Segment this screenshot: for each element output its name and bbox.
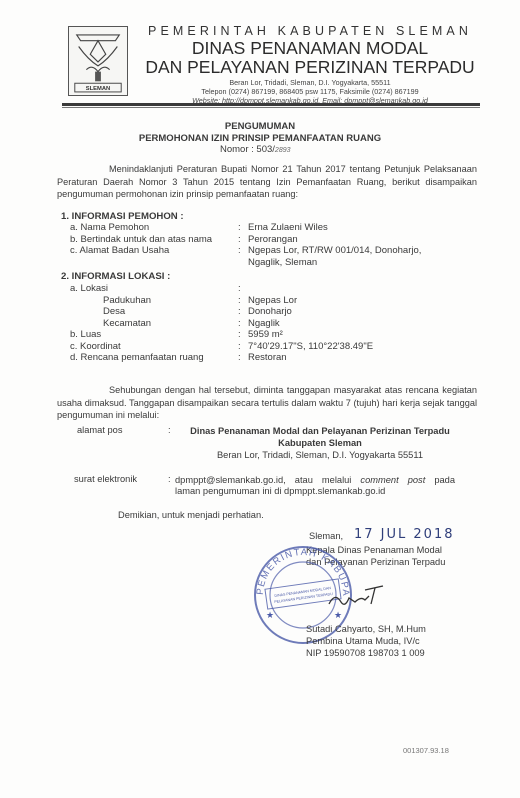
info-row: b. Bertindak untuk dan atas nama:Peroran… <box>70 234 490 246</box>
postal-colon: : <box>168 425 171 435</box>
info-value: Ngepas Lor <box>248 295 297 306</box>
agency-address: Beran Lor, Tridadi, Sleman, D.I. Yogyaka… <box>140 78 480 87</box>
info-label: a. Lokasi <box>70 283 108 294</box>
postal-address: Dinas Penanaman Modal dan Pelayanan Peri… <box>180 425 460 461</box>
info-value: Restoran <box>248 352 287 363</box>
info-colon: : <box>238 329 241 340</box>
info-value: Ngaglik <box>248 318 280 329</box>
info-value: 7°40'29.17"S, 110°22'38.49"E <box>248 341 373 352</box>
signature-scribble <box>325 582 385 612</box>
request-paragraph: Sehubungan dengan hal tersebut, diminta … <box>57 384 477 422</box>
section-location-title: 2. INFORMASI LOKASI : <box>61 271 170 282</box>
info-row: d. Rencana pemanfaatan ruang:Restoran <box>70 352 490 364</box>
info-row: b. Luas:5959 m² <box>70 329 490 341</box>
announcement-heading: PENGUMUMAN <box>0 121 520 132</box>
agency-name-line2: DAN PELAYANAN PERIZINAN TERPADU <box>140 57 480 78</box>
info-label: b. Bertindak untuk dan atas nama <box>70 234 212 245</box>
signatory-rank: Pembina Utama Muda, IV/c <box>306 636 420 646</box>
postal-label: alamat pos <box>77 425 122 435</box>
info-colon: : <box>238 245 241 256</box>
svg-text:★: ★ <box>266 610 274 620</box>
info-colon: : <box>238 222 241 233</box>
info-colon: : <box>238 341 241 352</box>
email-line2[interactable]: laman pengumuman ini di dpmppt.slemankab… <box>175 486 385 496</box>
info-colon: : <box>238 318 241 329</box>
info-colon: : <box>238 352 241 363</box>
info-value: Perorangan <box>248 234 298 245</box>
info-label: a. Nama Pemohon <box>70 222 149 233</box>
postal-regency: Kabupaten Sleman <box>180 437 460 449</box>
info-value: 5959 m² <box>248 329 283 340</box>
email-address-link[interactable]: dpmppt@slemankab.go.id, atau melalui <box>175 475 360 485</box>
info-row: a. Lokasi: <box>70 283 490 295</box>
info-label: Padukuhan <box>103 295 151 306</box>
info-row: Padukuhan:Ngepas Lor <box>70 295 490 307</box>
intro-paragraph: Menindaklanjuti Peraturan Bupati Nomor 2… <box>57 163 477 201</box>
document-code: 001307.93.18 <box>403 746 449 755</box>
announcement-number: Nomor : 503/2893 <box>220 144 291 155</box>
info-row: Desa:Donoharjo <box>70 306 490 318</box>
info-colon: : <box>238 234 241 245</box>
info-value: Erna Zulaeni Wiles <box>248 222 328 233</box>
info-label: d. Rencana pemanfaatan ruang <box>70 352 204 363</box>
info-label: b. Luas <box>70 329 101 340</box>
agency-phone: Telepon (0274) 867199, 868405 psw 1175, … <box>140 87 480 96</box>
info-value: Ngepas Lor, RT/RW 001/014, Donoharjo, <box>248 245 421 256</box>
info-label: Kecamatan <box>103 318 151 329</box>
info-label: c. Alamat Badan Usaha <box>70 245 169 256</box>
info-value: Ngaglik, Sleman <box>248 257 317 268</box>
sleman-coat-of-arms-logo: SLEMAN <box>68 26 128 96</box>
closing-text: Demikian, untuk menjadi perhatian. <box>118 510 264 520</box>
postal-agency: Dinas Penanaman Modal dan Pelayanan Peri… <box>180 425 460 437</box>
info-colon: : <box>238 283 241 294</box>
letterhead-divider <box>62 103 480 106</box>
date-stamp: 17 JUL 2018 <box>354 527 454 542</box>
svg-text:SLEMAN: SLEMAN <box>86 86 110 92</box>
email-line1: dpmppt@slemankab.go.id, atau melalui com… <box>175 474 455 486</box>
coat-of-arms-icon: SLEMAN <box>69 27 127 95</box>
letterhead-contact: Beran Lor, Tridadi, Sleman, D.I. Yogyaka… <box>140 78 480 105</box>
government-name: PEMERINTAH KABUPATEN SLEMAN <box>140 24 480 38</box>
handwritten-number: 2893 <box>275 147 291 154</box>
info-row: Kecamatan:Ngaglik <box>70 318 490 330</box>
agency-name-line1: DINAS PENANAMAN MODAL <box>140 38 480 59</box>
signature-place: Sleman, <box>309 531 343 541</box>
info-row: Ngaglik, Sleman <box>70 257 490 269</box>
email-label: surat elektronik <box>74 474 137 484</box>
info-row: a. Nama Pemohon:Erna Zulaeni Wiles <box>70 222 490 234</box>
info-value: Donoharjo <box>248 306 292 317</box>
letterhead-divider-thin <box>62 107 480 108</box>
postal-street: Beran Lor, Tridadi, Sleman, D.I. Yogyaka… <box>180 449 460 461</box>
info-colon: : <box>238 295 241 306</box>
info-label: c. Koordinat <box>70 341 121 352</box>
email-colon: : <box>168 474 171 484</box>
signatory-nip: NIP 19590708 198703 1 009 <box>306 648 425 658</box>
section-applicant-title: 1. INFORMASI PEMOHON : <box>61 211 184 222</box>
info-row: c. Koordinat:7°40'29.17"S, 110°22'38.49"… <box>70 341 490 353</box>
info-label: Desa <box>103 306 125 317</box>
info-colon: : <box>238 306 241 317</box>
announcement-subject: PERMOHONAN IZIN PRINSIP PEMANFAATAN RUAN… <box>0 133 520 144</box>
info-row: c. Alamat Badan Usaha:Ngepas Lor, RT/RW … <box>70 245 490 257</box>
signatory-name: Sutadi Cahyarto, SH, M.Hum <box>306 624 426 634</box>
